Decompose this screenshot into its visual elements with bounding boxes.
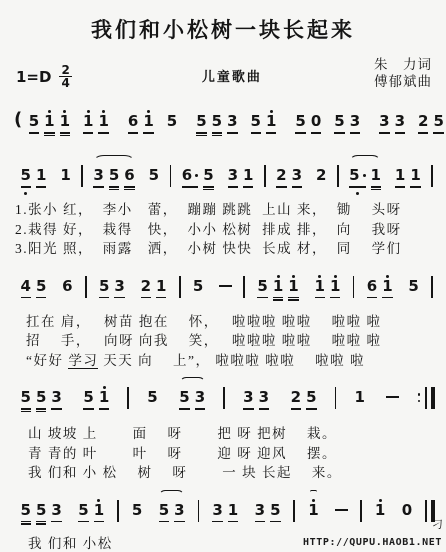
note-number: 5	[147, 389, 157, 406]
beam-underlines	[402, 519, 412, 526]
note: 1	[241, 161, 256, 197]
octave-dot-below	[147, 414, 157, 419]
note-group: 356	[91, 161, 137, 197]
note-number-row: 5	[257, 278, 267, 295]
beam-underlines	[109, 184, 119, 191]
beam-underlines	[195, 406, 205, 413]
note-number-row: 3	[227, 113, 237, 130]
note-number-row: 1	[382, 278, 392, 295]
note: 5	[106, 161, 121, 197]
note-number: 3	[51, 502, 61, 519]
barline	[223, 387, 225, 409]
note-number-row: 1	[371, 167, 381, 184]
octave-dot-below	[51, 414, 61, 419]
note: 3	[377, 107, 392, 143]
beam-line	[36, 523, 46, 525]
beam-underlines	[257, 295, 267, 302]
music-line-verse-c: 5535155333251	[0, 383, 446, 419]
octave-dot-below	[141, 303, 151, 308]
octave-dot-below	[36, 527, 46, 532]
note-number-row: 3	[350, 113, 360, 130]
beam-line	[109, 189, 119, 191]
beam-line	[257, 297, 267, 299]
note: 1	[380, 272, 395, 308]
lyric-row: 山 坡坡 上 面 呀 把 呀 把树 栽。	[28, 424, 446, 444]
note: 1	[327, 272, 342, 308]
note-number: 5	[159, 502, 169, 519]
beam-underlines	[114, 295, 124, 302]
note-number-row: 3	[379, 113, 389, 130]
beam-underlines	[83, 406, 93, 413]
note: 5	[209, 107, 224, 143]
beam-line	[159, 521, 169, 523]
octave-dot-below	[60, 138, 70, 143]
note-number-row: 1	[288, 278, 298, 295]
source-url-watermark: HTTP://QUPU.HAOB1.NET	[303, 537, 442, 548]
lyric-text: 1.张小 红， 李小 蕾， 蹦蹦 跳跳 上山 来， 锄 头呀	[15, 202, 402, 217]
beam-line	[182, 186, 198, 188]
beam-underlines	[251, 130, 261, 137]
note: 5	[26, 107, 41, 143]
beam-line	[60, 135, 70, 137]
note-number: 3	[243, 389, 253, 406]
note: 5	[194, 107, 209, 143]
thin-bar	[425, 387, 427, 409]
octave-dot-below	[433, 138, 443, 143]
note-number: 3	[51, 389, 61, 406]
note-number: 3	[350, 113, 360, 130]
beam-underlines	[98, 130, 108, 137]
note: 1	[33, 161, 48, 197]
note-number-row: 3	[51, 502, 61, 519]
note-group: 31	[225, 161, 256, 197]
beam-underlines	[433, 130, 443, 137]
note-number-row: 3	[114, 278, 124, 295]
note-number: 3	[227, 113, 237, 130]
beam-underlines	[379, 130, 389, 137]
note-group: 53	[96, 272, 127, 308]
octave-dot-below	[243, 414, 253, 419]
note-number: 5	[257, 278, 267, 295]
octave-dot-below	[174, 527, 184, 532]
octave-dot-below	[270, 527, 280, 532]
note-group: 53	[332, 107, 363, 143]
octave-dot-below	[316, 192, 326, 197]
note-group: 35	[252, 496, 283, 532]
beam-line	[114, 297, 124, 299]
dot	[356, 192, 359, 195]
note: 5	[145, 383, 160, 419]
beam-underlines	[243, 406, 253, 413]
beam-underlines	[382, 295, 392, 302]
beam-underlines	[334, 130, 344, 137]
beam-underlines	[276, 184, 286, 191]
octave-dot-below	[255, 527, 265, 532]
beam-underlines	[408, 295, 418, 302]
note: 1	[270, 272, 285, 308]
note: 3	[225, 161, 240, 197]
note: 3	[112, 272, 127, 308]
note: 5	[304, 383, 319, 419]
note-number-row: 5	[203, 167, 213, 184]
note-number: 1	[98, 113, 108, 130]
note-number-row: 5	[21, 502, 31, 519]
octave-dot-below	[354, 414, 364, 419]
beam-line	[350, 132, 360, 134]
note-number-row: 5	[193, 278, 203, 295]
note-group: 31	[210, 496, 241, 532]
credits: 朱 力词 傅郁斌曲	[374, 56, 432, 90]
note: 3	[210, 496, 225, 532]
note-group: 5	[190, 272, 205, 308]
beam-line	[51, 408, 61, 410]
beam-line	[367, 297, 377, 299]
octave-dot-below	[243, 192, 253, 197]
note: 3	[252, 496, 267, 532]
note: 5	[332, 107, 347, 143]
beam-line	[379, 132, 389, 134]
octave-dot-below	[227, 138, 237, 143]
augmentation-dot	[363, 174, 366, 177]
note-number-row: 1	[315, 278, 325, 295]
note-number-row: 1	[330, 278, 340, 295]
lyric-text: 天天 向 上”， 啦啦啦 啦啦 啦啦 啦	[98, 353, 365, 368]
beam-underlines	[228, 519, 238, 526]
beam-underlines	[174, 519, 184, 526]
note-number: 5	[21, 502, 31, 519]
beam-underlines	[36, 295, 46, 302]
beam-line	[36, 297, 46, 299]
note: 4	[18, 272, 33, 308]
note-number: 1	[266, 113, 276, 130]
beam-underlines	[193, 295, 203, 302]
beam-underlines	[316, 184, 326, 191]
beam-line	[306, 408, 316, 410]
octave-dot-below	[212, 138, 222, 143]
beam-line	[291, 408, 301, 410]
octave-dot-below	[132, 527, 142, 532]
note-number-row: 1	[228, 502, 238, 519]
octave-dot-below	[29, 138, 39, 143]
note-number: 2	[291, 389, 301, 406]
note-number-row: 1	[83, 113, 93, 130]
beam-underlines	[354, 406, 364, 413]
beam-line	[227, 132, 237, 134]
beam-line	[273, 299, 283, 301]
octave-dot-below	[382, 303, 392, 308]
beam-underlines	[132, 519, 142, 526]
octave-dot-below	[36, 414, 46, 419]
note-number-row: 0	[311, 113, 321, 130]
octave-dot-below	[128, 138, 138, 143]
note-number-row: 3	[51, 389, 61, 406]
note-number-row: 5	[433, 113, 443, 130]
octave-dot-below	[36, 192, 46, 197]
note: 5	[18, 383, 33, 419]
note-number-row: 5	[99, 278, 109, 295]
note-number-row: 1	[98, 113, 108, 130]
note-number-row: 2	[141, 278, 151, 295]
note: 5	[347, 161, 368, 197]
music-line-verse-a: 511356565312325111	[0, 161, 446, 197]
note: 1	[81, 107, 96, 143]
barline	[431, 165, 433, 187]
lyric-text: 2.栽得 好， 栽得 快， 小小 松树 排成 排， 向 我呀	[15, 222, 402, 237]
note: 5	[177, 383, 192, 419]
beam-line	[418, 132, 428, 134]
note-number: 5	[21, 389, 31, 406]
beam-underlines	[395, 184, 405, 191]
beam-line	[382, 297, 392, 299]
barline	[117, 500, 119, 522]
beam-underlines	[156, 295, 166, 302]
note-number: 5	[83, 389, 93, 406]
lyrics-block-verses: 1.张小 红， 李小 蕾， 蹦蹦 跳跳 上山 来， 锄 头呀2.栽得 好， 栽得…	[0, 200, 446, 259]
note-number-row: 4	[21, 278, 31, 295]
music-line-coda: 553515533135110	[0, 496, 446, 532]
beam-line	[51, 521, 61, 523]
barline	[179, 276, 181, 298]
note-number-row: 5	[21, 389, 31, 406]
beam-line	[44, 135, 54, 137]
beam-underlines	[243, 184, 253, 191]
note: 1	[96, 383, 111, 419]
note-number: 6	[367, 278, 377, 295]
note-number-row: 5	[251, 113, 261, 130]
barline	[170, 165, 172, 187]
note-group: 51	[347, 161, 384, 197]
beam-line	[212, 135, 222, 137]
beam-underlines	[21, 184, 31, 191]
beam-line	[395, 132, 405, 134]
octave-dot-below	[182, 192, 198, 197]
note-number: 6	[182, 167, 192, 184]
lyric-row: 扛在 肩， 树苗 抱在 怀， 啦啦啦 啦啦 啦啦 啦	[26, 312, 446, 332]
beam-line	[124, 189, 134, 191]
note: 5	[268, 496, 283, 532]
note-number: 4	[21, 278, 31, 295]
note-number-row: 6	[124, 167, 134, 184]
note-group: 45	[18, 272, 49, 308]
note-group: 21	[138, 272, 169, 308]
key-signature: 1=D 2 4	[16, 64, 72, 89]
lyric-row: 2.栽得 好， 栽得 快， 小小 松树 排成 排， 向 我呀	[15, 220, 446, 240]
octave-dot-below	[288, 303, 298, 308]
octave-dot-below	[62, 303, 72, 308]
beam-line	[410, 186, 420, 188]
note-number: 0	[311, 113, 321, 130]
lyric-row: 1.张小 红， 李小 蕾， 蹦蹦 跳跳 上山 来， 锄 头呀	[15, 200, 446, 220]
note-number: 1	[243, 167, 253, 184]
music-line-verse-b: 4565321551111615	[0, 272, 446, 308]
beam-underlines	[179, 406, 189, 413]
note-number-row: 3	[292, 167, 302, 184]
beam-underlines	[228, 184, 238, 191]
beam-underlines	[227, 130, 237, 137]
note-number-row: 5	[212, 113, 222, 130]
beam-underlines	[273, 295, 283, 302]
beam-underlines	[128, 130, 138, 137]
beam-line	[21, 186, 31, 188]
note-number-row: 1	[60, 167, 70, 184]
beam-line	[156, 297, 166, 299]
lyric-row: 招 手， 向呀 向我 笑， 啦啦啦 啦啦 啦啦 啦	[26, 331, 446, 351]
note-number-row: 1	[375, 502, 385, 519]
note-number: 1	[156, 278, 166, 295]
note-number-row: 5	[334, 113, 344, 130]
note-number-row: 1	[36, 167, 46, 184]
note-group: 50	[293, 107, 324, 143]
beam-underlines	[350, 130, 360, 137]
note-number: 3	[228, 167, 238, 184]
note-number: 5	[21, 167, 31, 184]
note-number: 5	[251, 113, 261, 130]
lyrics-block-chorus: 扛在 肩， 树苗 抱在 怀， 啦啦啦 啦啦 啦啦 啦招 手， 向呀 向我 笑， …	[0, 312, 446, 371]
note-number: 1	[143, 113, 153, 130]
note-group: 553	[18, 496, 64, 532]
note: 1	[392, 161, 407, 197]
note-number: 5	[109, 167, 119, 184]
octave-dot-below	[228, 192, 238, 197]
note-group: 1	[58, 161, 73, 197]
beam-line	[292, 186, 302, 188]
note-number: 5	[408, 278, 418, 295]
note-number: 1	[228, 502, 238, 519]
beam-line	[330, 297, 340, 299]
octave-dot-below	[306, 414, 316, 419]
beam-line	[83, 408, 93, 410]
note: 1	[141, 107, 156, 143]
note: 1	[286, 272, 301, 308]
beam-line	[349, 186, 365, 188]
note-group: 65	[179, 161, 216, 197]
note-group: 11	[392, 161, 423, 197]
beam-line	[44, 132, 54, 134]
beam-underlines	[291, 406, 301, 413]
genre-label: 儿童歌曲	[184, 66, 262, 85]
octave-dot-below	[266, 138, 276, 143]
sheet-music-page: 我们和小松树一块长起来 1=D 2 4 儿童歌曲 朱 力词 傅郁斌曲 (5111…	[0, 0, 446, 552]
duration-dash	[335, 509, 348, 511]
lyric-row: 青 青的 叶 叶 呀 迎 呀 迎风 摆。	[28, 444, 446, 464]
note-number: 5	[196, 113, 206, 130]
octave-dot-below	[93, 192, 103, 197]
note: 2	[416, 107, 431, 143]
note-number-row: 3	[259, 389, 269, 406]
note-group: 51	[81, 383, 112, 419]
note-number-row: 1	[395, 167, 405, 184]
octave-dot-below	[228, 527, 238, 532]
barline	[243, 276, 245, 298]
note-number-row: 3	[174, 502, 184, 519]
note-group: 553	[18, 383, 64, 419]
note-number-row: 1	[354, 389, 364, 406]
note: 3	[192, 383, 207, 419]
note-group: 2	[313, 161, 328, 197]
octave-dot-below	[83, 138, 93, 143]
beam-underlines	[308, 519, 318, 526]
beam-underlines	[51, 519, 61, 526]
note-number: 1	[308, 502, 318, 519]
note-number-row: 5	[306, 389, 316, 406]
octave-dot-below	[21, 303, 31, 308]
beam-line	[315, 297, 325, 299]
note: 1	[96, 107, 111, 143]
note: 1	[306, 496, 321, 532]
beam-underlines	[36, 406, 46, 413]
octave-dot-below	[159, 527, 169, 532]
octave-dot-below	[350, 138, 360, 143]
watermark-glyph: 刁	[432, 516, 443, 532]
octave-dot-below	[251, 138, 261, 143]
note: 5	[96, 272, 111, 308]
octave-dot-below	[60, 192, 70, 197]
octave-dot-below	[98, 138, 108, 143]
beam-line	[98, 132, 108, 134]
note-number-row: 6	[62, 278, 72, 295]
barline	[337, 165, 339, 187]
note-number: 3	[255, 502, 265, 519]
note: 5	[201, 161, 216, 197]
octave-dot-below	[193, 303, 203, 308]
dot	[418, 393, 421, 396]
beam-underlines	[149, 184, 159, 191]
beam-underlines	[418, 130, 428, 137]
note: 1	[57, 107, 72, 143]
music-line-intro: (51111615553515053332510)	[0, 107, 446, 143]
note-group: 51	[248, 107, 279, 143]
note-number: 1	[94, 502, 104, 519]
note-number: 3	[379, 113, 389, 130]
beam-underlines	[143, 130, 153, 137]
beam-line	[36, 408, 46, 410]
barline	[293, 500, 295, 522]
beam-underlines	[182, 184, 198, 191]
note-number-row: 5	[36, 389, 46, 406]
note: 1	[42, 107, 57, 143]
note-number-row: 5	[78, 502, 88, 519]
note-number-row: 3	[243, 389, 253, 406]
beam-line	[295, 132, 305, 134]
note: 1	[368, 161, 383, 197]
note-number: 5	[306, 389, 316, 406]
octave-dot-below	[156, 303, 166, 308]
note-number: 5	[36, 389, 46, 406]
octave-dot-below	[149, 192, 159, 197]
note-number-row: 5	[408, 278, 418, 295]
lyric-row: 3.阳光 照， 雨露 洒， 小树 快快 长成 材， 同 学们	[15, 239, 446, 259]
note-group: 1	[372, 496, 387, 532]
note-number-row: 1	[60, 113, 70, 130]
lyricist-credit: 朱 力词	[374, 56, 432, 73]
beam-underlines	[21, 295, 31, 302]
octave-dot-below	[99, 303, 109, 308]
beam-line	[395, 186, 405, 188]
beam-underlines	[21, 519, 31, 526]
octave-dot-below	[143, 138, 153, 143]
beam-line	[228, 521, 238, 523]
note-number: 5	[193, 278, 203, 295]
beam-underlines	[306, 406, 316, 413]
note-number: 5	[149, 167, 159, 184]
beam-underlines	[395, 130, 405, 137]
note-number-row: 6	[128, 113, 138, 130]
note-number-row: 1	[308, 502, 318, 519]
note-group: 23	[274, 161, 305, 197]
octave-dot-below	[375, 527, 385, 532]
note-number: 1	[273, 278, 283, 295]
barline	[431, 276, 433, 298]
